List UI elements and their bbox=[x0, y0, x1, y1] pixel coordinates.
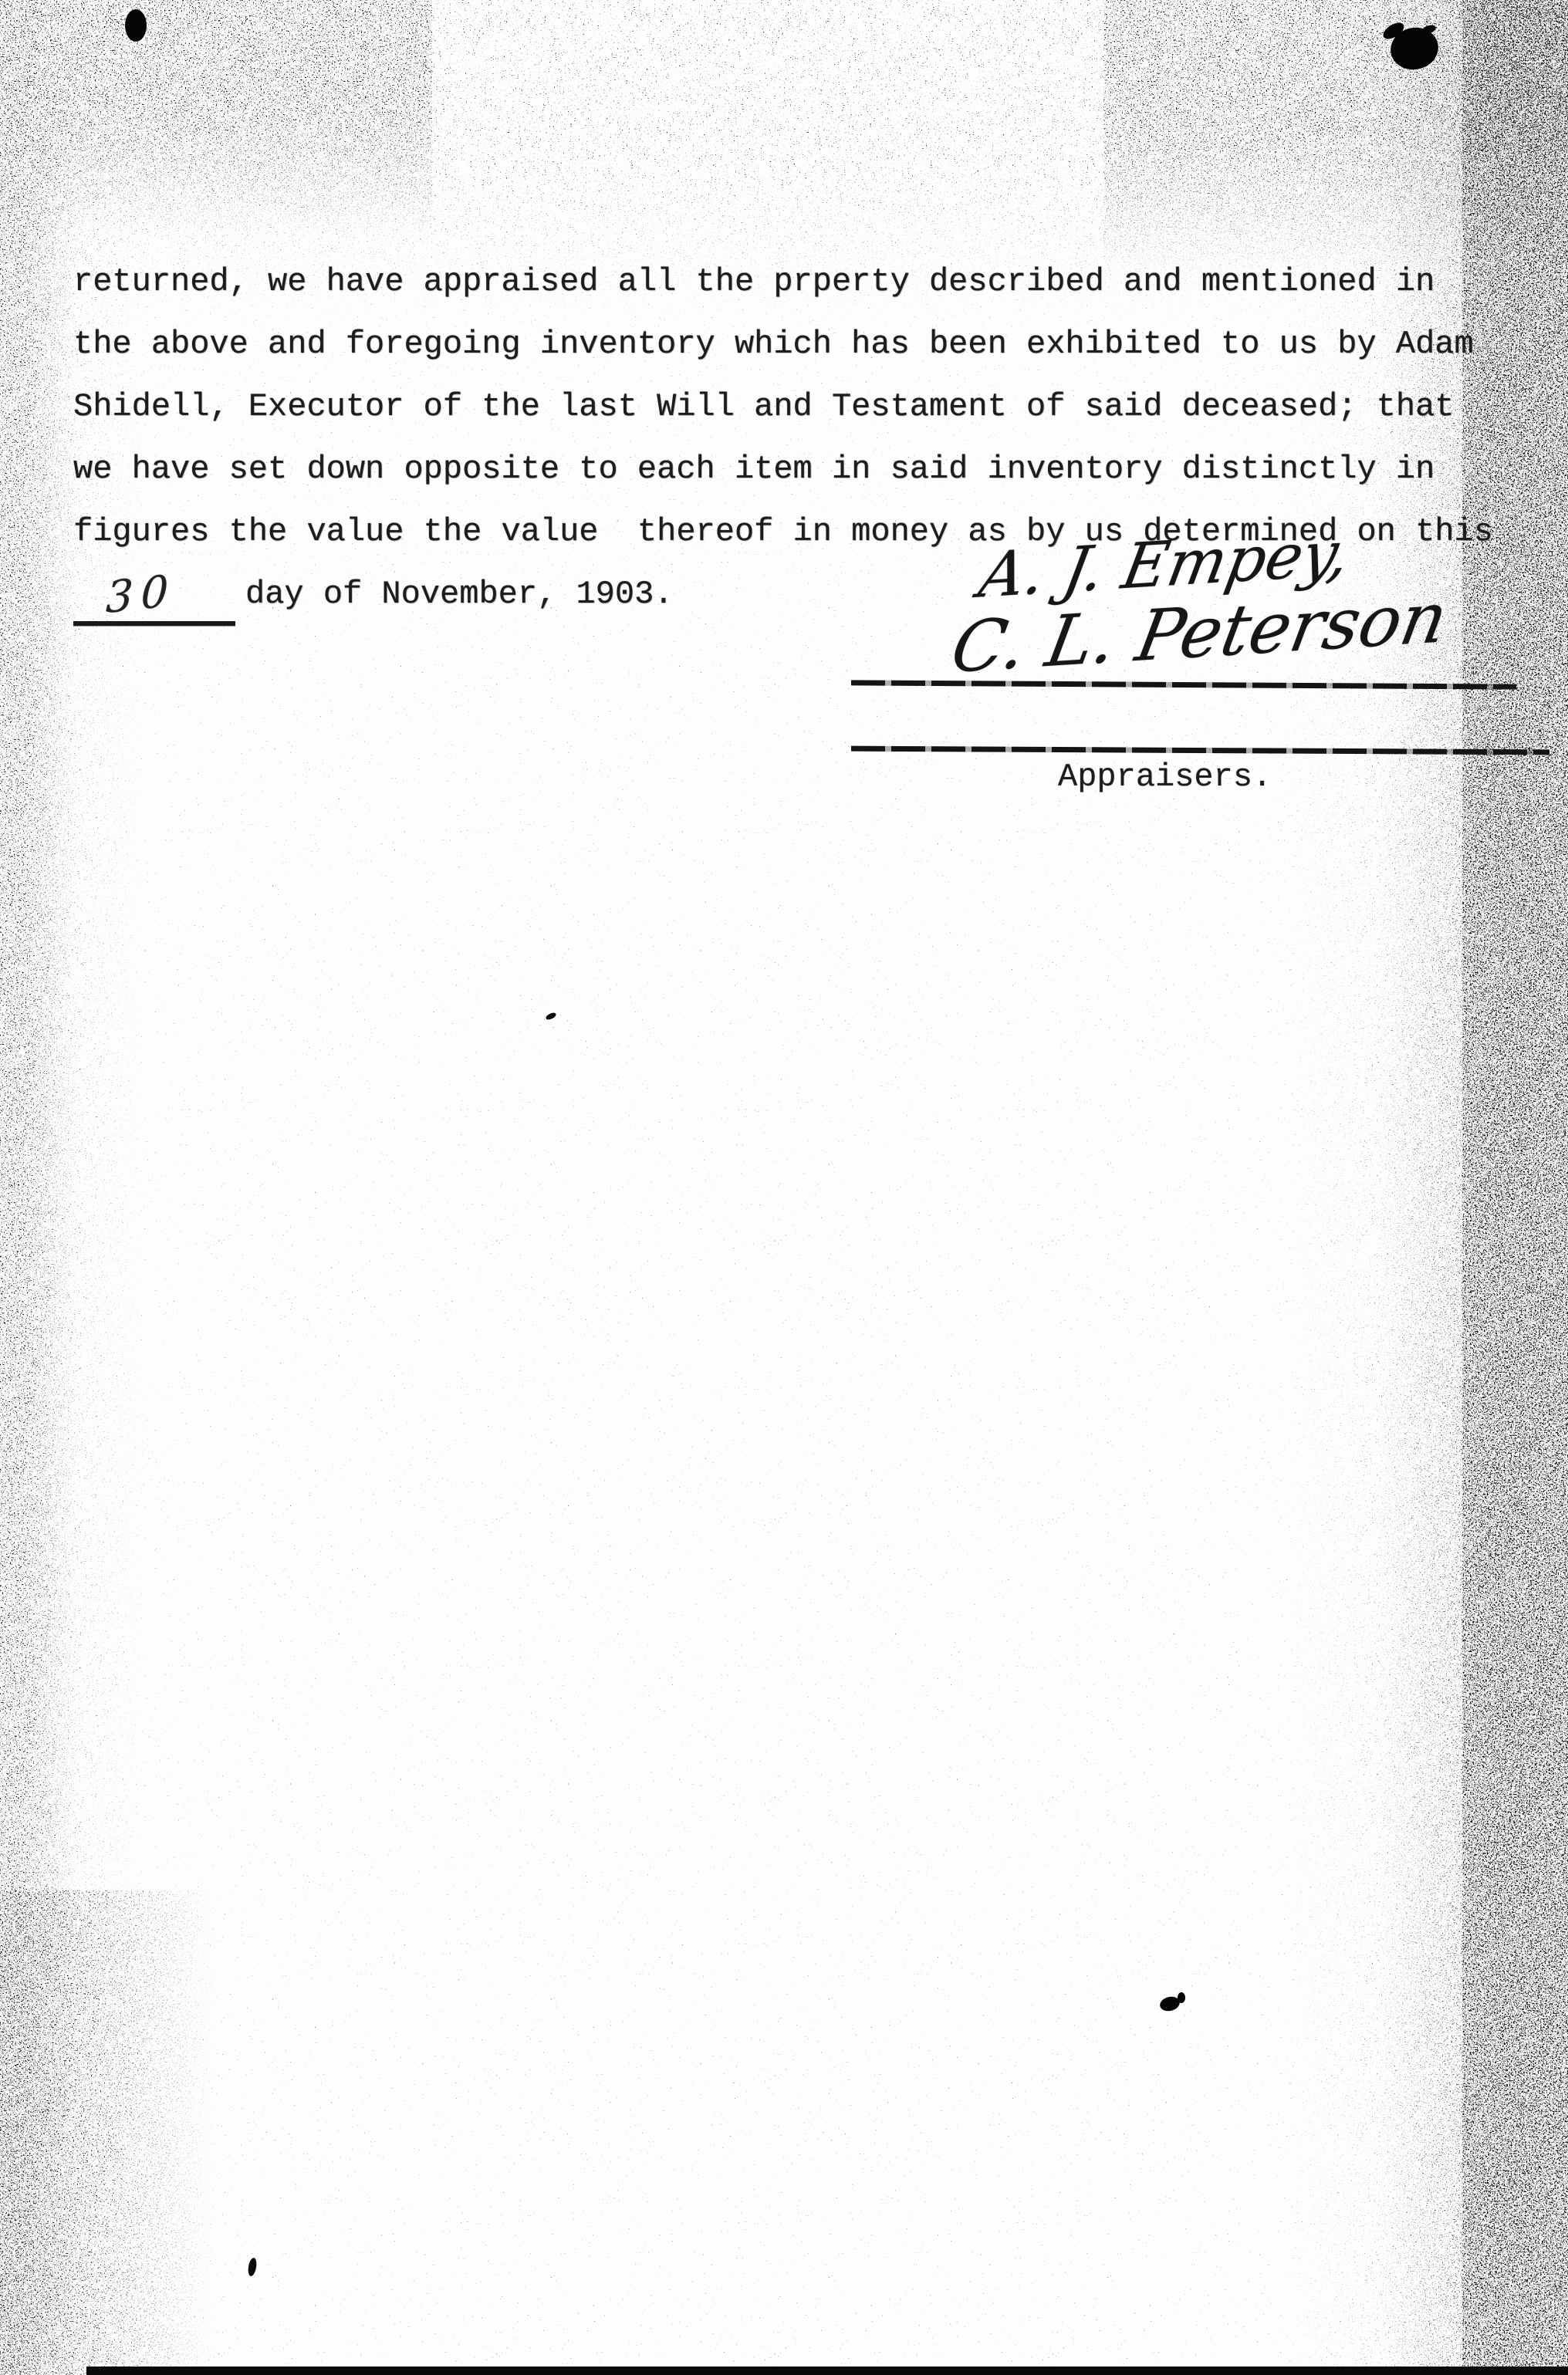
handwritten-day-value: 30 bbox=[105, 559, 177, 630]
ink-blot-top-right bbox=[1380, 19, 1442, 74]
appraisers-label: Appraisers. bbox=[1058, 759, 1272, 795]
scanned-document-page: returned, we have appraised all the prpe… bbox=[0, 0, 1568, 2375]
signature-line-2 bbox=[851, 746, 1549, 755]
ink-mark-bottom-left bbox=[247, 2257, 258, 2276]
ink-blot-top-left bbox=[125, 9, 147, 42]
date-blank-underline: 30 bbox=[73, 575, 235, 626]
document-line: we have set down opposite to each item i… bbox=[73, 438, 1547, 501]
ink-speck-center bbox=[545, 1012, 557, 1021]
document-line: the above and foregoing inventory which … bbox=[73, 313, 1547, 376]
document-line: Shidell, Executor of the last Will and T… bbox=[73, 376, 1547, 438]
date-typed-text: day of November, 1903. bbox=[245, 563, 674, 626]
document-line: returned, we have appraised all the prpe… bbox=[73, 251, 1547, 313]
ink-spot-mid-right-lower bbox=[1158, 1992, 1185, 2013]
scan-edge-band-bottom bbox=[86, 2367, 1568, 2375]
